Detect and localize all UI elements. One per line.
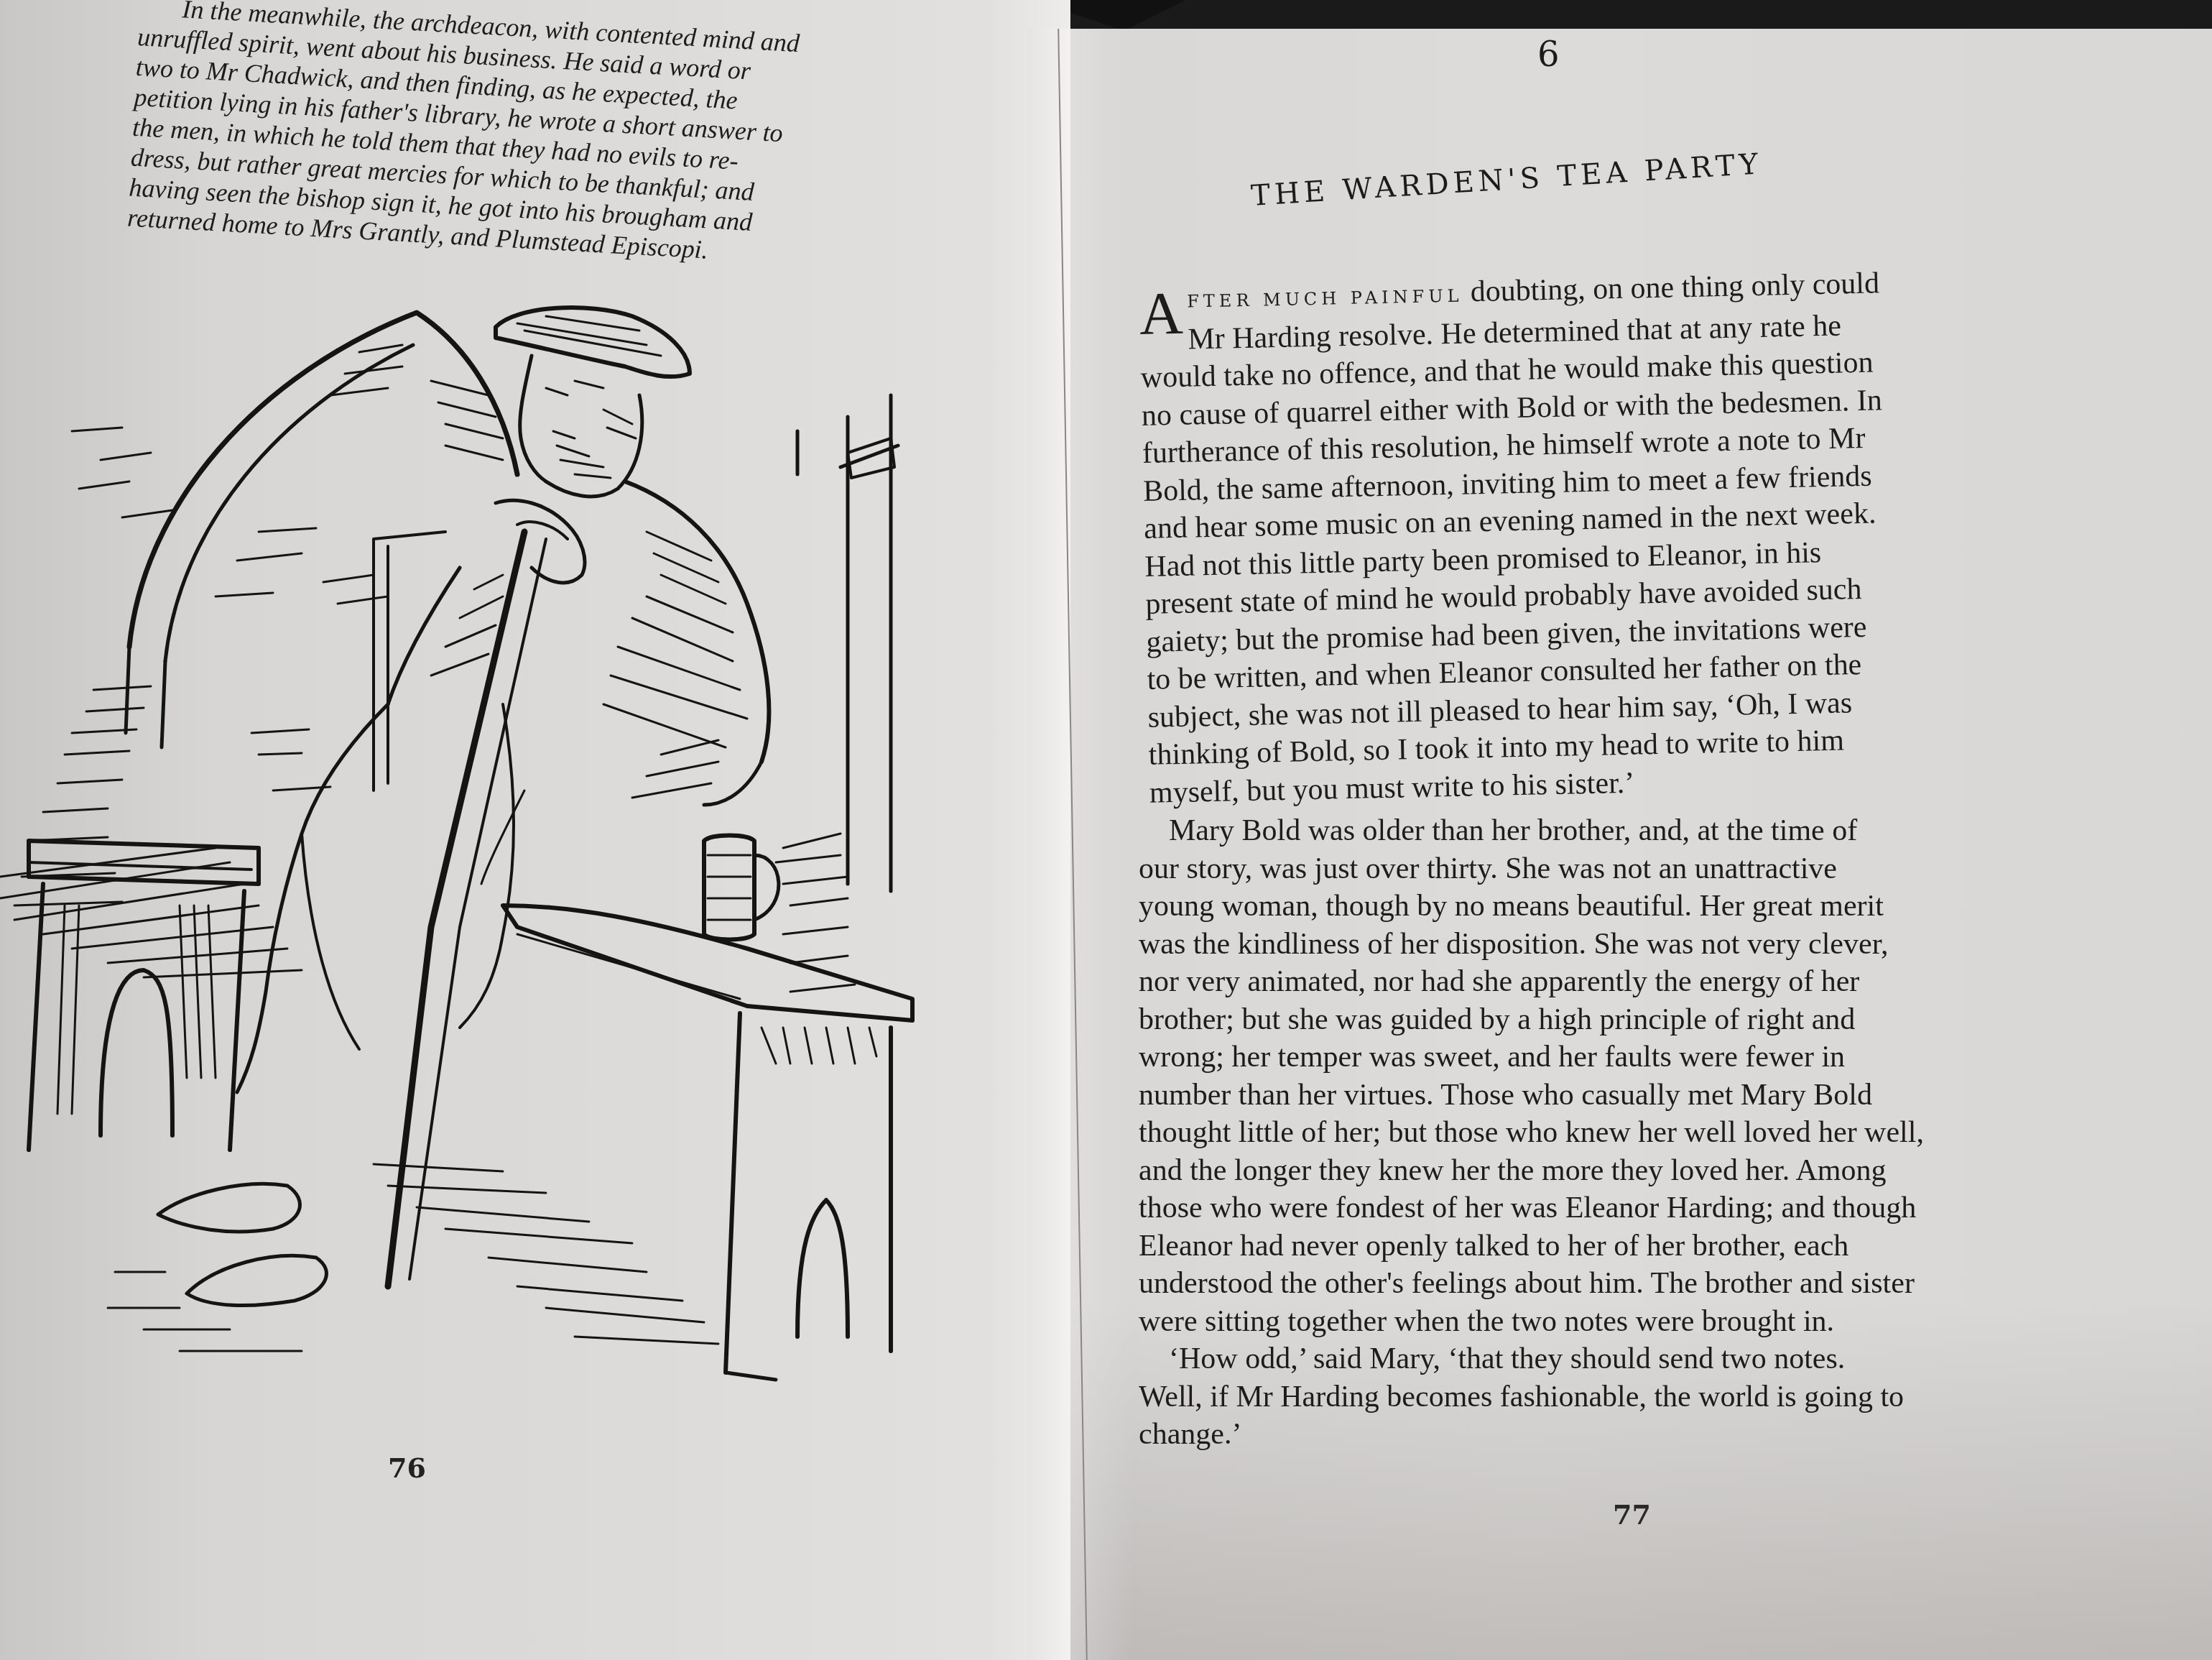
- text-line: number than her virtues. Those who casua…: [1139, 1076, 2188, 1115]
- text-line: were sitting together when the two notes…: [1139, 1303, 2188, 1341]
- page-curl-highlight: [1070, 29, 1135, 1660]
- right-page-body: AFTER MUCH PAINFUL doubting, on one thin…: [1139, 280, 2188, 1454]
- text-line: Eleanor had never openly talked to her o…: [1139, 1227, 2188, 1265]
- text-line: ‘How odd,’ said Mary, ‘that they should …: [1139, 1340, 2188, 1378]
- bedesman-illustration: [0, 287, 934, 1387]
- text-line: Mary Bold was older than her brother, an…: [1139, 812, 2188, 850]
- page-number-right: 77: [1613, 1498, 1651, 1531]
- text-line: understood the other's feelings about hi…: [1139, 1265, 2188, 1303]
- text-line: our story, was just over thirty. She was…: [1139, 850, 2188, 888]
- text-line: and the longer they knew her the more th…: [1139, 1152, 2188, 1190]
- opening-smallcaps: FTER MUCH PAINFUL: [1187, 286, 1463, 312]
- left-page-edge: [1027, 29, 1070, 1660]
- text-line: brother; but she was guided by a high pr…: [1139, 1001, 2188, 1039]
- left-page-paragraph: In the meanwhile, the archdeacon, with c…: [126, 0, 1001, 280]
- text-line: doubting, on one thing only could: [1470, 267, 1879, 308]
- text-line: Well, if Mr Harding becomes fashionable,…: [1139, 1378, 2188, 1416]
- text-line: was the kindliness of her disposition. S…: [1139, 926, 2188, 964]
- paragraph-3: ‘How odd,’ said Mary, ‘that they should …: [1139, 1340, 2188, 1454]
- text-line: nor very animated, nor had she apparentl…: [1139, 963, 2188, 1001]
- open-book-spread: In the meanwhile, the archdeacon, with c…: [0, 0, 2212, 1660]
- text-line: wrong; her temper was sweet, and her fau…: [1139, 1038, 2188, 1076]
- page-number-left: 76: [388, 1452, 426, 1484]
- text-line: thought little of her; but those who kne…: [1139, 1114, 2188, 1152]
- text-line: young woman, though by no means beautifu…: [1139, 887, 2188, 926]
- text-line: change.’: [1139, 1416, 2188, 1454]
- paragraph-1: AFTER MUCH PAINFUL doubting, on one thin…: [1139, 258, 2198, 811]
- text-line: those who were fondest of her was Eleano…: [1139, 1189, 2188, 1227]
- left-page: In the meanwhile, the archdeacon, with c…: [0, 0, 1070, 1660]
- paragraph-2: Mary Bold was older than her brother, an…: [1139, 812, 2188, 1340]
- drop-cap: A: [1139, 292, 1183, 336]
- chapter-number: 6: [1537, 34, 1560, 75]
